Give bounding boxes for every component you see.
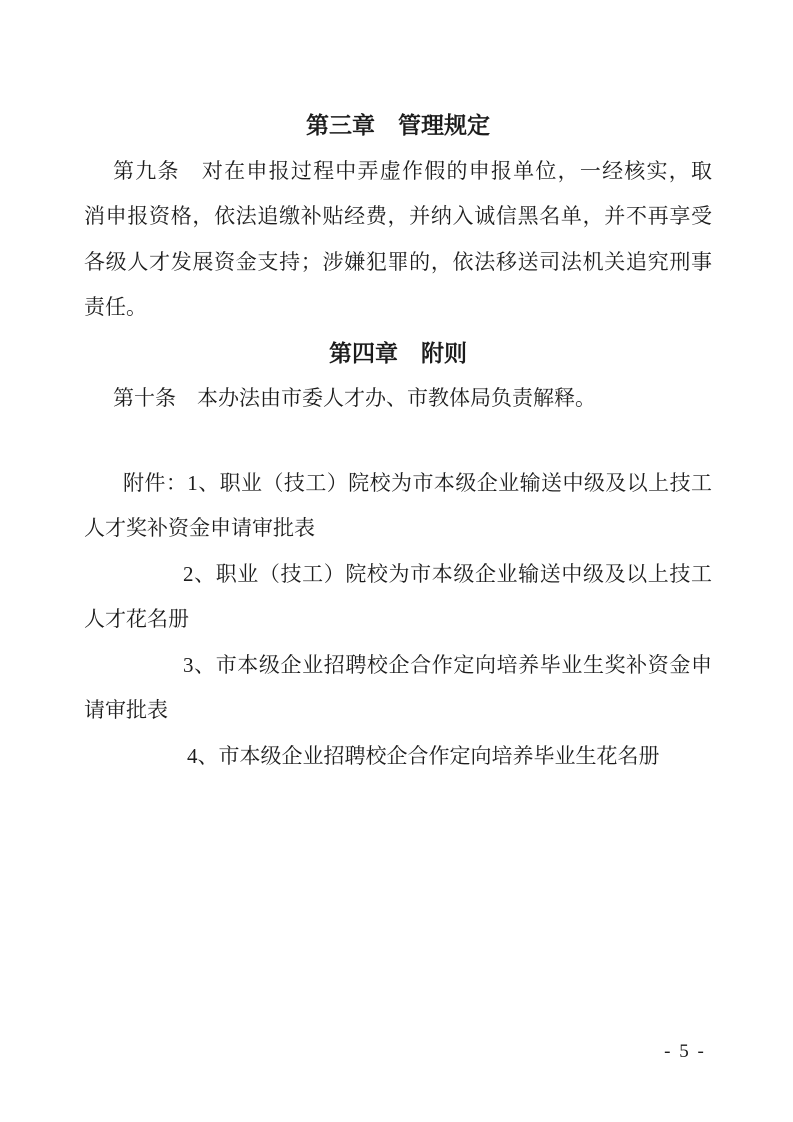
attachment-line-6: 请审批表 (84, 688, 712, 734)
article-9-line-2: 消申报资格，依法追缴补贴经费，并纳入诚信黑名单，并不再享受 (84, 194, 712, 240)
attachment-line-1: 附件：1、职业（技工）院校为市本级企业输送中级及以上技工 (84, 461, 712, 507)
attachment-line-3: 2、职业（技工）院校为市本级企业输送中级及以上技工 (84, 552, 712, 598)
article-9-line-1: 第九条 对在申报过程中弄虚作假的申报单位，一经核实，取 (84, 149, 712, 195)
article-10-line: 第十条 本办法由市委人才办、市教体局负责解释。 (84, 376, 712, 422)
document-content: 第三章 管理规定 第九条 对在申报过程中弄虚作假的申报单位，一经核实，取 消申报… (84, 103, 712, 779)
article-9-line-3: 各级人才发展资金支持；涉嫌犯罪的，依法移送司法机关追究刑事 (84, 240, 712, 286)
attachment-line-2: 人才奖补资金申请审批表 (84, 506, 712, 552)
chapter-4-heading: 第四章 附则 (84, 331, 712, 377)
attachment-line-7: 4、市本级企业招聘校企合作定向培养毕业生花名册 (84, 734, 712, 780)
article-9-line-4: 责任。 (84, 285, 712, 331)
page-number: - 5 - (635, 1038, 735, 1066)
attachment-line-5: 3、市本级企业招聘校企合作定向培养毕业生奖补资金申 (84, 643, 712, 689)
document-page: 第三章 管理规定 第九条 对在申报过程中弄虚作假的申报单位，一经核实，取 消申报… (0, 0, 793, 1122)
chapter-3-heading: 第三章 管理规定 (84, 103, 712, 149)
attachment-line-4: 人才花名册 (84, 597, 712, 643)
